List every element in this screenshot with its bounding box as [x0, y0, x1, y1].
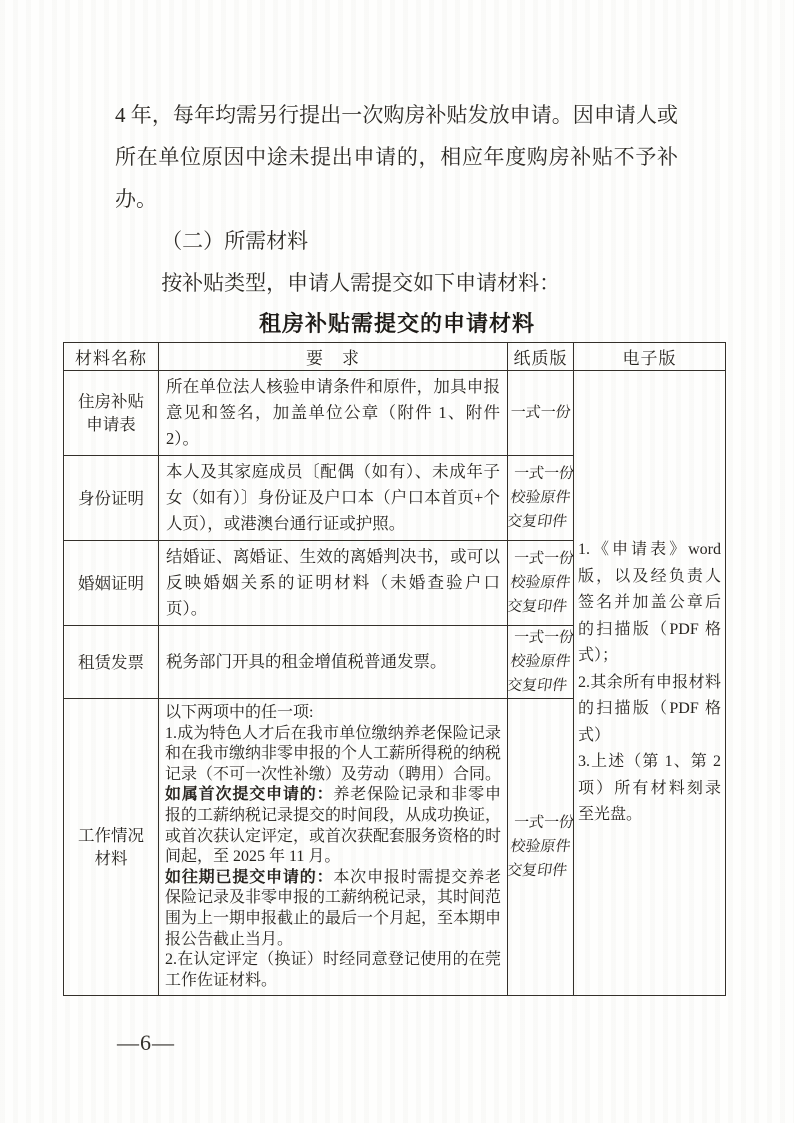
- table-header-row: 材料名称 要 求 纸质版 电子版: [64, 343, 726, 371]
- requirement-cell: 以下两项中的任一项: 1.成为特色人才后在我市单位缴纳养老保险记录和在我市缴纳非…: [159, 699, 508, 996]
- paper-copy-cell: 一式一份 校验原件 交复印件: [508, 456, 574, 541]
- page-number: —6—: [117, 1030, 175, 1056]
- table-row-housing-subsidy-form: 住房补贴申请表 所在单位法人核验申请条件和原件，加具申报意见和签名，加盖单位公章…: [64, 371, 726, 456]
- paper-copy-text: 一式一份 校验原件 交复印件: [503, 811, 578, 883]
- material-name-cell: 工作情况材料: [64, 699, 159, 996]
- requirement-intro: 以下两项中的任一项:: [165, 703, 501, 724]
- intro-text: 按补贴类型，申请人需提交如下申请材料：: [115, 262, 678, 304]
- requirement-cell: 税务部门开具的租金增值税普通发票。: [159, 626, 508, 699]
- document-page: 4 年，每年均需另行提出一次购房补贴发放申请。因申请人或所在单位原因中途未提出申…: [0, 0, 794, 1123]
- paper-copy-cell: 一式一份 校验原件 交复印件: [508, 541, 574, 626]
- paper-copy-text: 一式一份 校验原件 交复印件: [503, 462, 578, 534]
- requirement-cell: 所在单位法人核验申请条件和原件，加具申报意见和签名，加盖单位公章（附件 1、附件…: [159, 371, 508, 456]
- electronic-item-1: 1.《申请表》word 版，以及经负责人签名并加盖公章后的扫描版（PDF 格式）…: [578, 537, 721, 670]
- past-submission-label: 如往期已提交申请的：: [165, 869, 333, 886]
- electronic-item-3: 3.上述（第 1、第 2 项）所有材料刻录至光盘。: [578, 749, 721, 829]
- requirement-item-2: 2.在认定评定（换证）时经同意登记使用的在莞工作佐证材料。: [165, 950, 501, 991]
- paper-copy-text: 一式一份: [506, 401, 574, 425]
- first-submission-label: 如属首次提交申请的：: [165, 786, 333, 803]
- requirement-first-submission: 如属首次提交申请的：养老保险记录和非零申报的工薪纳税记录提交的时间段，从成功换证…: [165, 785, 501, 867]
- material-name-cell: 身份证明: [64, 456, 159, 541]
- paper-copy-cell: 一式一份 校验原件 交复印件: [508, 626, 574, 699]
- paper-copy-text: 一式一份 校验原件 交复印件: [503, 547, 578, 619]
- body-paragraph: 4 年，每年均需另行提出一次购房补贴发放申请。因申请人或所在单位原因中途未提出申…: [115, 94, 678, 220]
- paper-copy-cell: 一式一份 校验原件 交复印件: [508, 699, 574, 996]
- electronic-version-cell: 1.《申请表》word 版，以及经负责人签名并加盖公章后的扫描版（PDF 格式）…: [574, 371, 726, 996]
- requirement-item-1: 1.成为特色人才后在我市单位缴纳养老保险记录和在我市缴纳非零申报的个人工薪所得税…: [165, 724, 501, 786]
- paper-copy-text: 一式一份 校验原件 交复印件: [503, 626, 578, 698]
- material-name-cell: 婚姻证明: [64, 541, 159, 626]
- electronic-item-2: 2.其余所有申报材料的扫描版（PDF 格式）: [578, 670, 721, 750]
- column-header-requirement: 要 求: [159, 343, 508, 371]
- table-title: 租房补贴需提交的申请材料: [0, 309, 794, 339]
- column-header-electronic-version: 电子版: [574, 343, 726, 371]
- requirement-past-submission: 如往期已提交申请的：本次申报时需提交养老保险记录及非零申报的工薪纳税记录，其时间…: [165, 868, 501, 950]
- material-name-cell: 住房补贴申请表: [64, 371, 159, 456]
- material-name-cell: 租赁发票: [64, 626, 159, 699]
- section-heading: （二）所需材料: [115, 220, 678, 262]
- requirement-cell: 结婚证、离婚证、生效的离婚判决书，或可以反映婚姻关系的证明材料（未婚查验户口页）…: [159, 541, 508, 626]
- materials-table: 材料名称 要 求 纸质版 电子版 住房补贴申请表 所在单位法人核验申请条件和原件…: [63, 342, 726, 996]
- paper-copy-cell: 一式一份: [508, 371, 574, 456]
- requirement-cell: 本人及其家庭成员〔配偶（如有）、未成年子女（如有）〕身份证及户口本（户口本首页+…: [159, 456, 508, 541]
- column-header-material-name: 材料名称: [64, 343, 159, 371]
- column-header-paper-version: 纸质版: [508, 343, 574, 371]
